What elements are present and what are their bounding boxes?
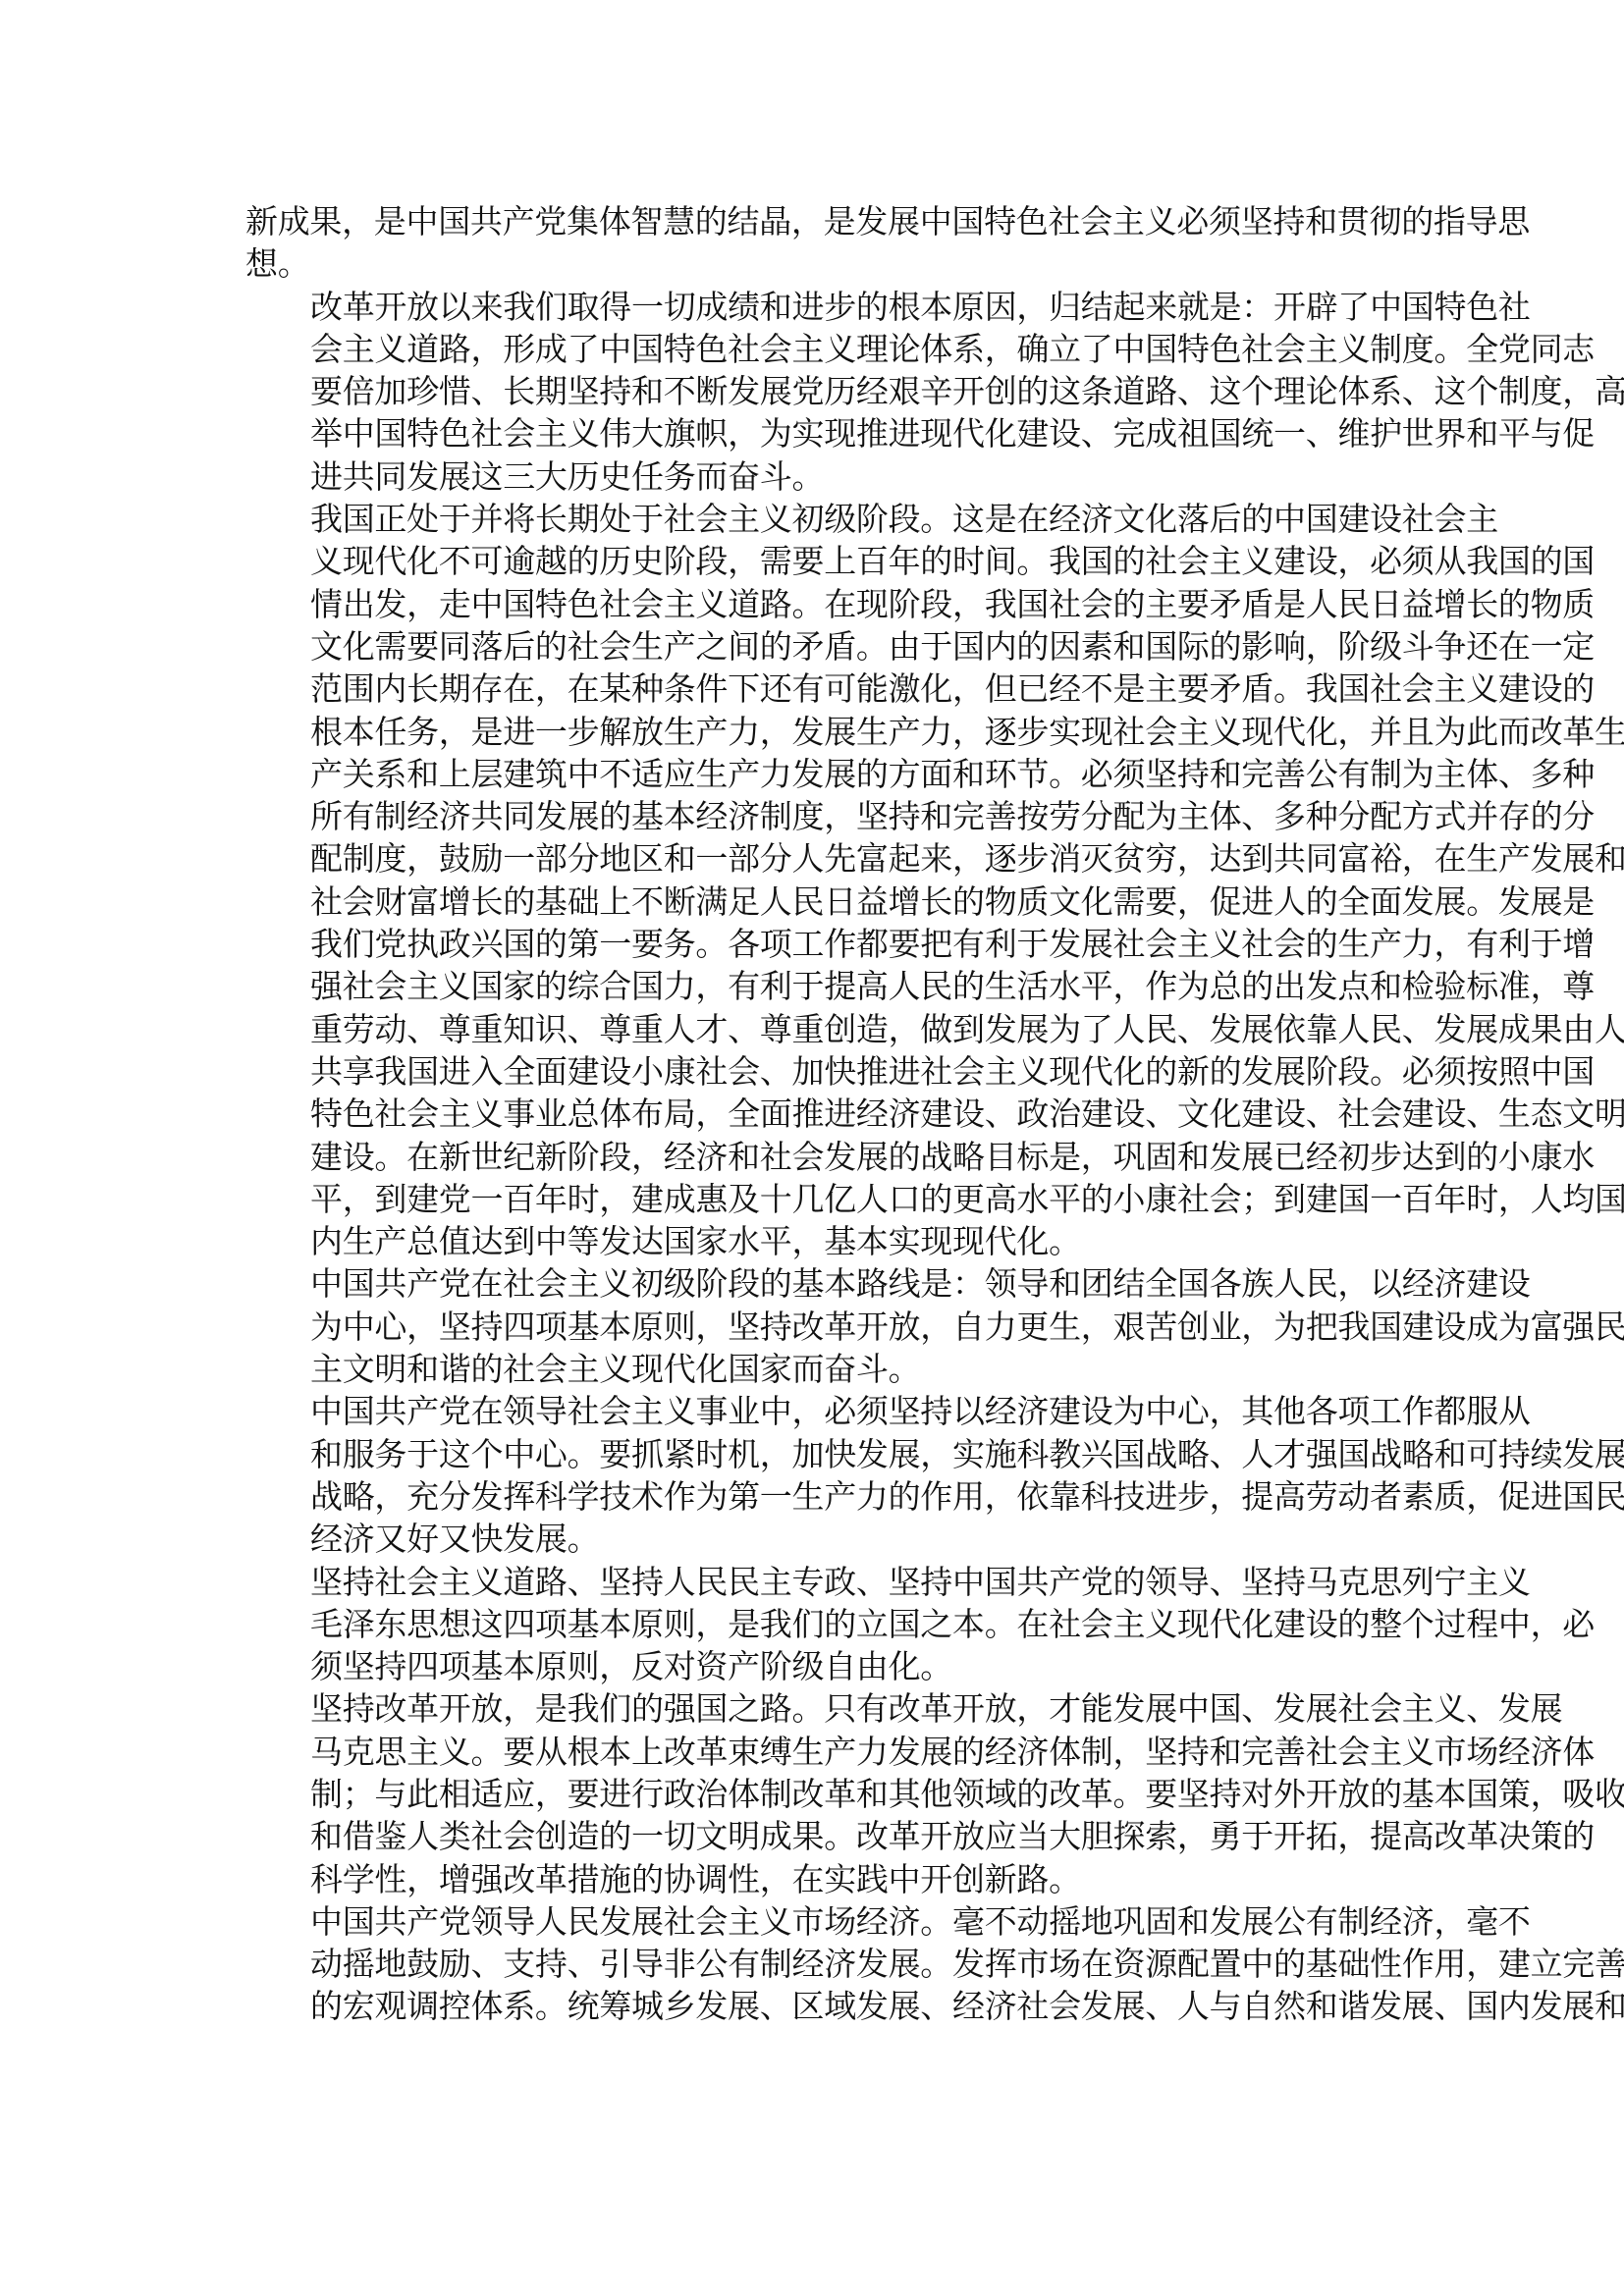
text-line: 共享我国进入全面建设小康社会、加快推进社会主义现代化的新的发展阶段。必须按照中国 xyxy=(245,1050,1380,1093)
text-line: 想。 xyxy=(245,242,1380,285)
paragraph-4: 中国共产党在社会主义初级阶段的基本路线是：领导和团结全国各族人民，以经济建设 为… xyxy=(245,1262,1380,1390)
text-line: 强社会主义国家的综合国力，有利于提高人民的生活水平，作为总的出发点和检验标准，尊 xyxy=(245,965,1380,1007)
text-line: 为中心，坚持四项基本原则，坚持改革开放，自力更生，艰苦创业，为把我国建设成为富强… xyxy=(245,1306,1380,1348)
text-line: 科学性，增强改革措施的协调性，在实践中开创新路。 xyxy=(245,1858,1380,1900)
text-line: 新成果，是中国共产党集体智慧的结晶，是发展中国特色社会主义必须坚持和贯彻的指导思 xyxy=(245,200,1380,242)
paragraph-1: 新成果，是中国共产党集体智慧的结晶，是发展中国特色社会主义必须坚持和贯彻的指导思… xyxy=(245,200,1380,286)
text-line: 举中国特色社会主义伟大旗帜，为实现推进现代化建设、完成祖国统一、维护世界和平与促 xyxy=(245,412,1380,454)
text-line: 根本任务，是进一步解放生产力，发展生产力，逐步实现社会主义现代化，并且为此而改革… xyxy=(245,711,1380,753)
text-line: 经济又好又快发展。 xyxy=(245,1518,1380,1560)
text-line: 进共同发展这三大历史任务而奋斗。 xyxy=(245,455,1380,498)
text-line: 内生产总值达到中等发达国家水平，基本实现现代化。 xyxy=(245,1220,1380,1262)
text-line: 的宏观调控体系。统筹城乡发展、区域发展、经济社会发展、人与自然和谐发展、国内发展… xyxy=(245,1985,1380,2027)
text-line: 配制度，鼓励一部分地区和一部分人先富起来，逐步消灭贫穷，达到共同富裕，在生产发展… xyxy=(245,837,1380,880)
paragraph-6: 坚持社会主义道路、坚持人民民主专政、坚持中国共产党的领导、坚持马克思列宁主义 毛… xyxy=(245,1561,1380,1688)
text-line: 情出发，走中国特色社会主义道路。在现阶段，我国社会的主要矛盾是人民日益增长的物质 xyxy=(245,583,1380,625)
paragraph-8: 中国共产党领导人民发展社会主义市场经济。毫不动摇地巩固和发展公有制经济，毫不 动… xyxy=(245,1900,1380,2028)
text-line: 坚持社会主义道路、坚持人民民主专政、坚持中国共产党的领导、坚持马克思列宁主义 xyxy=(245,1561,1380,1603)
text-line: 和服务于这个中心。要抓紧时机，加快发展，实施科教兴国战略、人才强国战略和可持续发… xyxy=(245,1433,1380,1475)
text-line: 重劳动、尊重知识、尊重人才、尊重创造，做到发展为了人民、发展依靠人民、发展成果由… xyxy=(245,1008,1380,1050)
text-line: 和借鉴人类社会创造的一切文明成果。改革开放应当大胆探索，勇于开拓，提高改革决策的 xyxy=(245,1815,1380,1857)
text-line: 特色社会主义事业总体布局，全面推进经济建设、政治建设、文化建设、社会建设、生态文… xyxy=(245,1093,1380,1135)
paragraph-3: 我国正处于并将长期处于社会主义初级阶段。这是在经济文化落后的中国建设社会主 义现… xyxy=(245,498,1380,1262)
text-line: 社会财富增长的基础上不断满足人民日益增长的物质文化需要，促进人的全面发展。发展是 xyxy=(245,881,1380,923)
text-line: 建设。在新世纪新阶段，经济和社会发展的战略目标是，巩固和发展已经初步达到的小康水 xyxy=(245,1136,1380,1178)
document-page: 新成果，是中国共产党集体智慧的结晶，是发展中国特色社会主义必须坚持和贯彻的指导思… xyxy=(245,200,1380,2028)
text-line: 主文明和谐的社会主义现代化国家而奋斗。 xyxy=(245,1348,1380,1390)
text-line: 改革开放以来我们取得一切成绩和进步的根本原因，归结起来就是：开辟了中国特色社 xyxy=(245,286,1380,328)
text-line: 中国共产党领导人民发展社会主义市场经济。毫不动摇地巩固和发展公有制经济，毫不 xyxy=(245,1900,1380,1943)
text-line: 毛泽东思想这四项基本原则，是我们的立国之本。在社会主义现代化建设的整个过程中，必 xyxy=(245,1603,1380,1645)
text-line: 平，到建党一百年时，建成惠及十几亿人口的更高水平的小康社会；到建国一百年时，人均… xyxy=(245,1178,1380,1220)
text-line: 中国共产党在领导社会主义事业中，必须坚持以经济建设为中心，其他各项工作都服从 xyxy=(245,1390,1380,1432)
text-line: 会主义道路，形成了中国特色社会主义理论体系，确立了中国特色社会主义制度。全党同志 xyxy=(245,328,1380,370)
text-line: 产关系和上层建筑中不适应生产力发展的方面和环节。必须坚持和完善公有制为主体、多种 xyxy=(245,753,1380,795)
text-line: 义现代化不可逾越的历史阶段，需要上百年的时间。我国的社会主义建设，必须从我国的国 xyxy=(245,540,1380,582)
text-line: 我们党执政兴国的第一要务。各项工作都要把有利于发展社会主义社会的生产力，有利于增 xyxy=(245,923,1380,965)
text-line: 制；与此相适应，要进行政治体制改革和其他领域的改革。要坚持对外开放的基本国策，吸… xyxy=(245,1773,1380,1815)
text-line: 坚持改革开放，是我们的强国之路。只有改革开放，才能发展中国、发展社会主义、发展 xyxy=(245,1687,1380,1730)
text-line: 中国共产党在社会主义初级阶段的基本路线是：领导和团结全国各族人民，以经济建设 xyxy=(245,1262,1380,1305)
paragraph-2: 改革开放以来我们取得一切成绩和进步的根本原因，归结起来就是：开辟了中国特色社 会… xyxy=(245,286,1380,498)
text-line: 我国正处于并将长期处于社会主义初级阶段。这是在经济文化落后的中国建设社会主 xyxy=(245,498,1380,540)
text-line: 须坚持四项基本原则，反对资产阶级自由化。 xyxy=(245,1645,1380,1687)
text-line: 要倍加珍惜、长期坚持和不断发展党历经艰辛开创的这条道路、这个理论体系、这个制度，… xyxy=(245,370,1380,412)
text-line: 战略，充分发挥科学技术作为第一生产力的作用，依靠科技进步，提高劳动者素质，促进国… xyxy=(245,1475,1380,1518)
text-line: 文化需要同落后的社会生产之间的矛盾。由于国内的因素和国际的影响，阶级斗争还在一定 xyxy=(245,625,1380,667)
paragraph-5: 中国共产党在领导社会主义事业中，必须坚持以经济建设为中心，其他各项工作都服从 和… xyxy=(245,1390,1380,1560)
text-line: 马克思主义。要从根本上改革束缚生产力发展的经济体制，坚持和完善社会主义市场经济体 xyxy=(245,1731,1380,1773)
text-line: 范围内长期存在，在某种条件下还有可能激化，但已经不是主要矛盾。我国社会主义建设的 xyxy=(245,667,1380,710)
text-line: 所有制经济共同发展的基本经济制度，坚持和完善按劳分配为主体、多种分配方式并存的分 xyxy=(245,795,1380,837)
text-line: 动摇地鼓励、支持、引导非公有制经济发展。发挥市场在资源配置中的基础性作用，建立完… xyxy=(245,1943,1380,1985)
paragraph-7: 坚持改革开放，是我们的强国之路。只有改革开放，才能发展中国、发展社会主义、发展 … xyxy=(245,1687,1380,1899)
